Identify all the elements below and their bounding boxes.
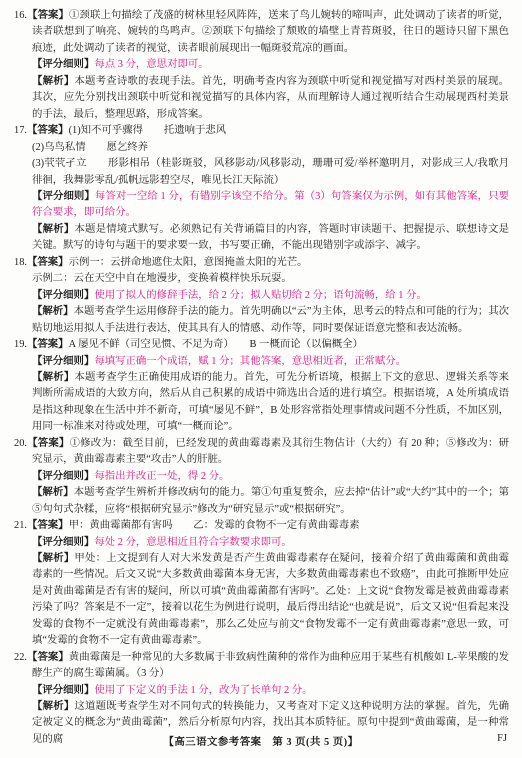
analysis-line: 【解析】本题考查学生正确使用成语的能力。首先，可先分析语境，根据上下文的意思、逻… [32,370,509,436]
analysis-text: 本题考查学生辨析并修改病句的能力。第①句重复赘余，应去掉“估计”或“大约”其中的… [32,487,509,514]
scoring-label: 【评分细则】 [32,685,94,696]
question-block: 19.【答案】A 屡见不鲜（司空见惯、不足为奇） B 一概而论（以偏概全）【评分… [14,337,509,436]
question-number: 21. [14,520,27,531]
analysis-text: 本题考查学生正确使用成语的能力。首先，可先分析语境，根据上下文的意思、逻辑关系等… [32,372,509,432]
answer-paragraph: 20.【答案】①修改为：截至目前，已经发现的黄曲霉毒素及其衍生物估计（大约）有 … [32,436,509,469]
question-number: 22. [14,652,27,663]
question-block: 20.【答案】①修改为：截至目前，已经发现的黄曲霉毒素及其衍生物估计（大约）有 … [14,436,509,518]
scoring-label: 【评分细则】 [32,191,95,202]
analysis-label: 【解析】 [32,372,74,383]
answer-paragraph: 16.【答案】①颈联上句描绘了茂盛的树林里轻风阵阵，送来了鸟儿婉转的啼叫声，此处… [32,8,509,57]
answer-text: A 屡见不鲜（司空见惯、不足为奇） B 一概而论（以偏概全） [69,339,363,350]
analysis-text: 本题是情境式默写。必须熟记有关背诵篇目的内容，答题时审读题干、把握提示、联想诗文… [32,224,509,251]
question-block: 18.【答案】示例一：云拼命地遮住太阳，意图掩盖太阳的光芒。示例二：云在天空中自… [14,255,509,337]
answer-text: 黄曲霉菌是一种常见的大多数属于非致病性菌种的常作为曲种应用于某些有机酸如 L-苹… [32,652,509,679]
analysis-label: 【解析】 [32,224,74,235]
scoring-label: 【评分细则】 [32,59,94,70]
answer-text: (1)知不可乎骤得 托遗响于悲风 [69,125,227,136]
analysis-line: 【解析】本题考查诗歌的表现手法。首先，明确考查内容为颈联中听觉和视觉描写对西村美… [32,74,509,123]
analysis-label: 【解析】 [32,76,74,87]
answer-label: 【答案】 [27,438,70,449]
answer-paragraph: 19.【答案】A 屡见不鲜（司空见惯、不足为奇） B 一概而论（以偏概全） [32,337,509,353]
question-number: 20. [14,438,27,449]
scoring-text: 使用了拟人的修辞手法，给 2 分；拟人贴切给 2 分；语句流畅，给 1 分。 [94,290,427,301]
answer-label: 【答案】 [27,257,69,268]
answer-paragraph: (3)茕茕孑立 形影相吊（桂影斑驳，风移影动/风移影动，珊珊可爱/举杯邀明月，对… [32,156,509,189]
scoring-text: 每填写正确一个成语，赋 1 分；其他答案，意思相近者，正常赋分。 [94,356,406,367]
analysis-label: 【解析】 [32,487,74,498]
answer-text: 示例一：云拼命地遮住太阳，意图掩盖太阳的光芒。 [69,257,308,268]
questions: 16.【答案】①颈联上句描绘了茂盛的树林里轻风阵阵，送来了鸟儿婉转的啼叫声，此处… [14,8,509,748]
answer-label: 【答案】 [27,125,69,136]
analysis-label: 【解析】 [32,553,74,564]
scoring-line: 【评分细则】使用了拟人的修辞手法，给 2 分；拟人贴切给 2 分；语句流畅，给 … [32,288,509,304]
scoring-label: 【评分细则】 [32,537,94,548]
answer-label: 【答案】 [27,652,69,663]
answer-paragraph: 17.【答案】(1)知不可乎骤得 托遗响于悲风 [32,123,509,139]
answer-label: 【答案】 [27,339,69,350]
answer-paragraph: (2)乌鸟私情 愿乞终养 [32,140,509,156]
answer-label: 【答案】 [27,10,69,21]
analysis-line: 【解析】甲处：上文提到有人对大米发黄是否产生黄曲霉毒素存在疑问，接着介绍了黄曲霉… [32,551,509,650]
answer-text: 示例二：云在天空中自在地漫步，变换着模样快乐玩耍。 [32,273,292,284]
answer-text: 甲：黄曲霉菌都有害吗 乙：发霉的食物不一定有黄曲霉毒素 [69,520,360,531]
question-block: 16.【答案】①颈联上句描绘了茂盛的树林里轻风阵阵，送来了鸟儿婉转的啼叫声，此处… [14,8,509,123]
answer-label: 【答案】 [27,520,69,531]
scoring-line: 【评分细则】每处 2 分，意思相近且符合字数要求即可。 [32,535,509,551]
answer-paragraph: 21.【答案】甲：黄曲霉菌都有害吗 乙：发霉的食物不一定有黄曲霉毒素 [32,518,509,534]
analysis-text: 本题考查学生运用修辞手法的能力。首先明确以“云”为主体，思考云的特点和可能的行为… [32,306,509,333]
scoring-text: 每点 3 分，意思对即可。 [94,59,208,70]
question-number: 17. [14,125,27,136]
scoring-text: 每处 2 分，意思相近且符合字数要求即可。 [94,537,291,548]
answer-sheet-page: 16.【答案】①颈联上句描绘了茂盛的树林里轻风阵阵，送来了鸟儿婉转的啼叫声，此处… [0,0,522,758]
footer-title: 【高三语文参考答案 第 3 页(共 5 页)】 [163,737,358,748]
answer-paragraph: 22.【答案】黄曲霉菌是一种常见的大多数属于非致病性菌种的常作为曲种应用于某些有… [32,650,509,683]
answer-text: (3)茕茕孑立 形影相吊（桂影斑驳，风移影动/风移影动，珊珊可爱/举杯邀明月，对… [32,158,509,185]
question-block: 17.【答案】(1)知不可乎骤得 托遗响于悲风(2)乌鸟私情 愿乞终养(3)茕茕… [14,123,509,255]
analysis-line: 【解析】本题考查学生运用修辞手法的能力。首先明确以“云”为主体，思考云的特点和可… [32,304,509,337]
analysis-line: 【解析】本题考查学生辨析并修改病句的能力。第①句重复赘余，应去掉“估计”或“大约… [32,485,509,518]
scoring-label: 【评分细则】 [32,356,94,367]
analysis-label: 【解析】 [32,306,74,317]
answer-text: (2)乌鸟私情 愿乞终养 [32,142,148,153]
question-number: 19. [14,339,27,350]
answer-paragraph: 示例二：云在天空中自在地漫步，变换着模样快乐玩耍。 [32,271,509,287]
scoring-line: 【评分细则】每答对一空给 1 分，有错别字该空不给分。第（3）句答案仅为示例，如… [32,189,509,222]
scoring-text: 每答对一空给 1 分，有错别字该空不给分。第（3）句答案仅为示例，如有其他答案，… [32,191,509,218]
analysis-label: 【解析】 [32,701,74,712]
analysis-text: 本题考查诗歌的表现手法。首先，明确考查内容为颈联中听觉和视觉描写对西村美景的展现… [32,76,509,120]
question-number: 18. [14,257,27,268]
page-footer: 【高三语文参考答案 第 3 页(共 5 页)】 FJ [0,733,522,748]
scoring-line: 【评分细则】每指出并改正一处，得 2 分。 [32,469,509,485]
scoring-text: 使用了下定义的手法 1 分，改为了长单句 2 分。 [94,685,312,696]
answer-paragraph: 18.【答案】示例一：云拼命地遮住太阳，意图掩盖太阳的光芒。 [32,255,509,271]
question-number: 16. [14,10,27,21]
analysis-line: 【解析】本题是情境式默写。必须熟记有关背诵篇目的内容，答题时审读题干、把握提示、… [32,222,509,255]
scoring-line: 【评分细则】使用了下定义的手法 1 分，改为了长单句 2 分。 [32,683,509,699]
question-block: 21.【答案】甲：黄曲霉菌都有害吗 乙：发霉的食物不一定有黄曲霉毒素【评分细则】… [14,518,509,650]
analysis-text: 甲处：上文提到有人对大米发黄是否产生黄曲霉毒素存在疑问，接着介绍了黄曲霉菌和黄曲… [32,553,509,646]
scoring-text: 每指出并改正一处，得 2 分。 [94,471,229,482]
scoring-label: 【评分细则】 [32,290,94,301]
scoring-label: 【评分细则】 [32,471,94,482]
answer-text: ①颈联上句描绘了茂盛的树林里轻风阵阵，送来了鸟儿婉转的啼叫声，此处调动了读者的听… [32,10,509,54]
scoring-line: 【评分细则】每点 3 分，意思对即可。 [32,57,509,73]
answer-text: ①修改为：截至目前，已经发现的黄曲霉毒素及其衍生物估计（大约）有 20 种；⑤修… [32,438,509,465]
scoring-line: 【评分细则】每填写正确一个成语，赋 1 分；其他答案，意思相近者，正常赋分。 [32,354,509,370]
footer-code: FJ [497,733,507,744]
